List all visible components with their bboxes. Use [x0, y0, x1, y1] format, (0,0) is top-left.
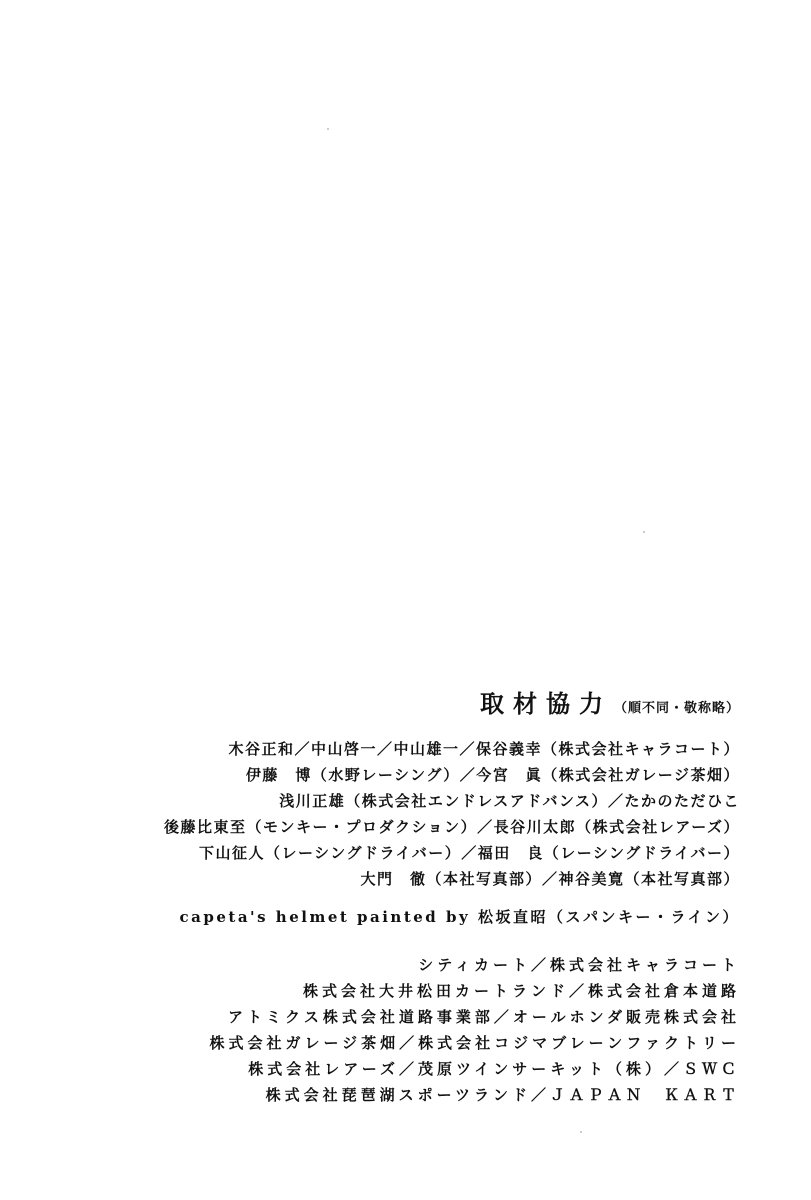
organization-line: 株式会社琵琶湖スポーツランド／ＪＡＰＡＮ ＫＡＲＴ: [120, 1082, 740, 1108]
credits-heading: 取材協力（順不同・敬称略）: [120, 686, 740, 722]
organization-line: 株式会社大井松田カートランド／株式会社倉本道路: [120, 978, 740, 1004]
credits-page: 取材協力（順不同・敬称略） 木谷正和／中山啓一／中山雄一／保谷義幸（株式会社キャ…: [0, 0, 811, 1200]
heading-subtitle: （順不同・敬称略）: [614, 701, 740, 716]
people-line: 後藤比東至（モンキー・プロダクション）／長谷川太郎（株式会社レアーズ）: [120, 814, 740, 840]
spacer: [120, 930, 740, 952]
people-line: 木谷正和／中山啓一／中山雄一／保谷義幸（株式会社キャラコート）: [120, 736, 740, 762]
organization-line: 株式会社レアーズ／茂原ツインサーキット（株）／ＳＷＣ: [120, 1056, 740, 1082]
people-list: 木谷正和／中山啓一／中山雄一／保谷義幸（株式会社キャラコート） 伊藤 博（水野レ…: [120, 736, 740, 892]
organization-line: シティカート／株式会社キャラコート: [120, 952, 740, 978]
heading-title: 取材協力: [480, 689, 612, 718]
spacer: [120, 892, 740, 904]
organizations-list: シティカート／株式会社キャラコート 株式会社大井松田カートランド／株式会社倉本道…: [120, 952, 740, 1108]
scan-speck: [580, 1131, 582, 1133]
credits-block: 取材協力（順不同・敬称略） 木谷正和／中山啓一／中山雄一／保谷義幸（株式会社キャ…: [120, 686, 740, 1108]
people-line: 下山征人（レーシングドライバー）／福田 良（レーシングドライバー）: [120, 840, 740, 866]
people-line: 大門 徹（本社写真部）／神谷美寛（本社写真部）: [120, 866, 740, 892]
scan-speck: [643, 531, 645, 533]
people-line: 浅川正雄（株式会社エンドレスアドバンス）／たかのただひこ: [120, 788, 740, 814]
scan-speck: [327, 128, 329, 130]
helmet-credit: capeta's helmet painted by 松坂直昭（スパンキー・ライ…: [120, 904, 740, 930]
organization-line: アトミクス株式会社道路事業部／オールホンダ販売株式会社: [120, 1004, 740, 1030]
organization-line: 株式会社ガレージ茶畑／株式会社コジマブレーンファクトリー: [120, 1030, 740, 1056]
people-line: 伊藤 博（水野レーシング）／今宮 眞（株式会社ガレージ茶畑）: [120, 762, 740, 788]
